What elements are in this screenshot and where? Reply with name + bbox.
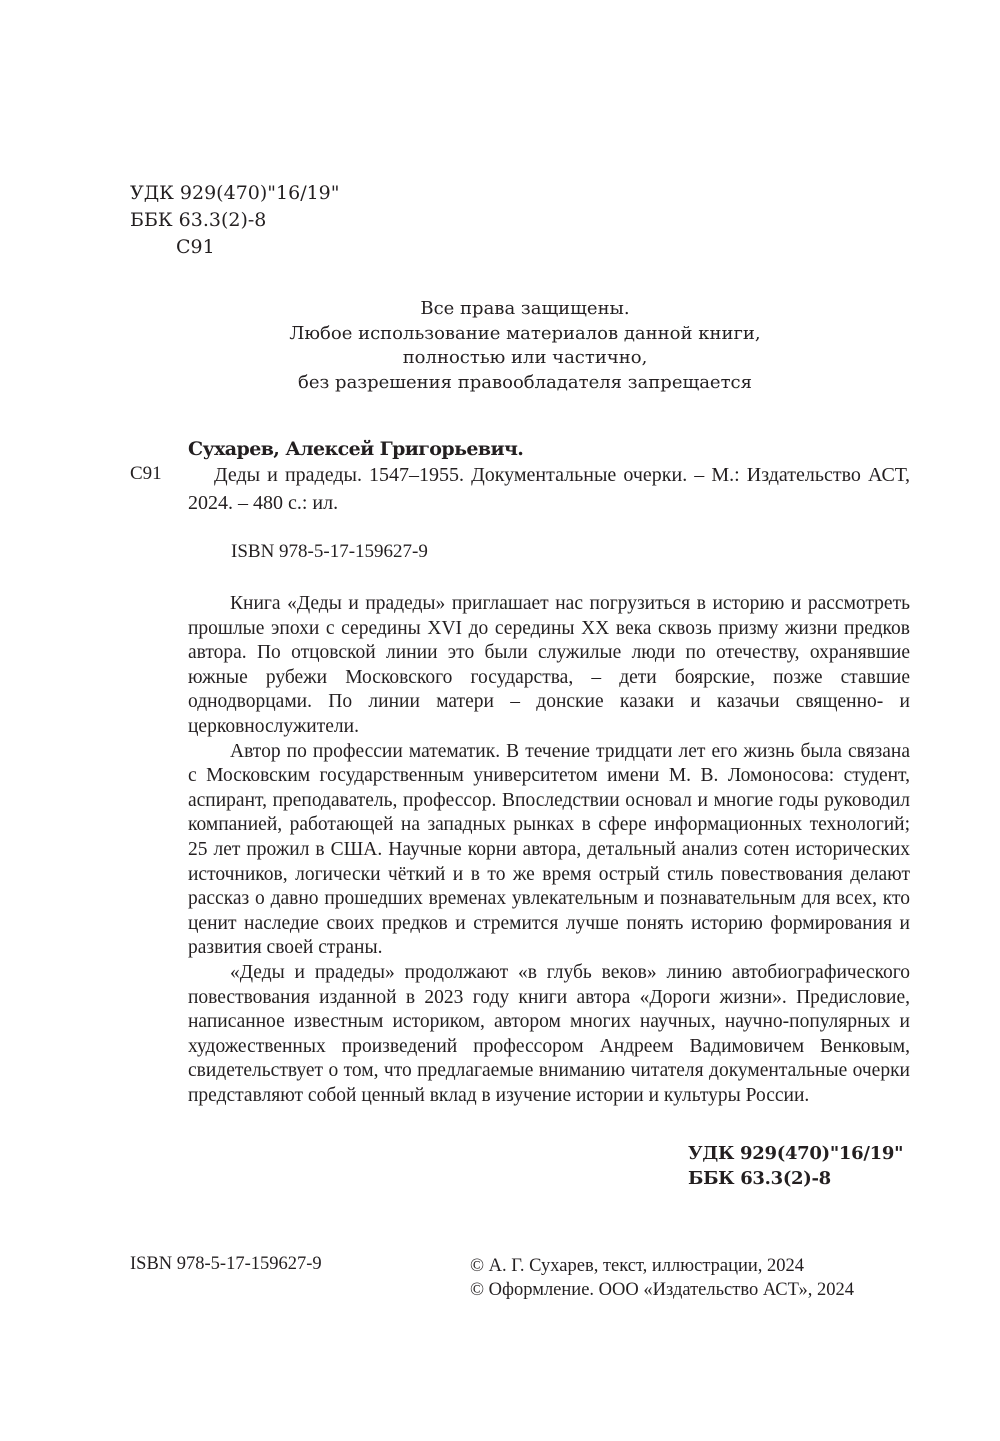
rights-line: Любое использование материалов данной кн… — [200, 322, 850, 347]
author-mark: С91 — [130, 234, 340, 261]
udk-code: УДК 929(470)"16/19" — [130, 180, 340, 207]
rights-line: без разрешения правообладателя запрещает… — [200, 371, 850, 396]
annotation: Книга «Деды и прадеды» приглашает нас по… — [188, 592, 910, 1108]
udk-code-bottom: УДК 929(470)"16/19" — [688, 1141, 903, 1166]
rights-line: полностью или частично, — [200, 346, 850, 371]
author-heading: Сухарев, Алексей Григорьевич. — [188, 438, 523, 460]
bbk-code-bottom: ББК 63.3(2)-8 — [688, 1166, 903, 1191]
bbk-code: ББК 63.3(2)-8 — [130, 207, 340, 234]
copyright-line: © А. Г. Сухарев, текст, иллюстрации, 202… — [470, 1254, 854, 1278]
author-mark-left: С91 — [130, 463, 162, 485]
annotation-paragraph: «Деды и прадеды» продолжают «в глубь век… — [188, 961, 910, 1109]
copyright-block: © А. Г. Сухарев, текст, иллюстрации, 202… — [470, 1254, 854, 1302]
classification-block-top: УДК 929(470)"16/19" ББК 63.3(2)-8 С91 — [130, 180, 340, 261]
isbn-record: ISBN 978-5-17-159627-9 — [231, 541, 428, 563]
copyright-line: © Оформление. ООО «Издательство АСТ», 20… — [470, 1278, 854, 1302]
rights-notice: Все права защищены. Любое использование … — [200, 297, 850, 395]
isbn-footer: ISBN 978-5-17-159627-9 — [130, 1254, 322, 1275]
description-text: Деды и прадеды. 1547–1955. Документальны… — [188, 461, 910, 517]
classification-block-bottom: УДК 929(470)"16/19" ББК 63.3(2)-8 — [688, 1141, 903, 1191]
annotation-paragraph: Книга «Деды и прадеды» приглашает нас по… — [188, 592, 910, 740]
rights-line: Все права защищены. — [200, 297, 850, 322]
bibliographic-description: Деды и прадеды. 1547–1955. Документальны… — [188, 461, 910, 517]
annotation-paragraph: Автор по профессии математик. В течение … — [188, 740, 910, 961]
